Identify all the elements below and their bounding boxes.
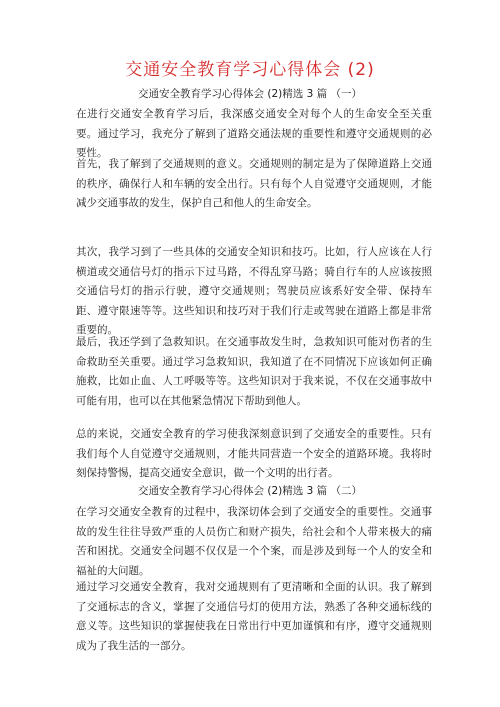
paragraph: 最后，我还学到了急救知识。在交通事故发生时，急救知识可能对伤者的生命救助至关重要… bbox=[76, 333, 432, 411]
paragraph: 首先，我了解到了交通规则的意义。交通规则的制定是为了保障道路上交通的秩序，确保行… bbox=[76, 155, 432, 214]
paragraph: 通过学习交通安全教育，我对交通规则有了更清晰和全面的认识。我了解到了交通标志的含… bbox=[76, 578, 432, 656]
paragraph: 其次，我学习到了一些具体的交通安全知识和技巧。比如，行人应该在人行横道或交通信号… bbox=[76, 243, 432, 341]
section-heading-1: 交通安全教育学习心得体会 (2)精选 3 篇 （一） bbox=[0, 87, 500, 101]
paragraph: 总的来说，交通安全教育的学习使我深刻意识到了交通安全的重要性。只有我们每个人自觉… bbox=[76, 425, 432, 484]
document-page: 交通安全教育学习心得体会 (2) 交通安全教育学习心得体会 (2)精选 3 篇 … bbox=[0, 0, 500, 707]
document-title: 交通安全教育学习心得体会 (2) bbox=[0, 59, 500, 81]
section-heading-2: 交通安全教育学习心得体会 (2)精选 3 篇 （二） bbox=[0, 484, 500, 498]
paragraph: 在学习交通安全教育的过程中，我深切体会到了交通安全的重要性。交通事故的发生往往导… bbox=[76, 503, 432, 581]
